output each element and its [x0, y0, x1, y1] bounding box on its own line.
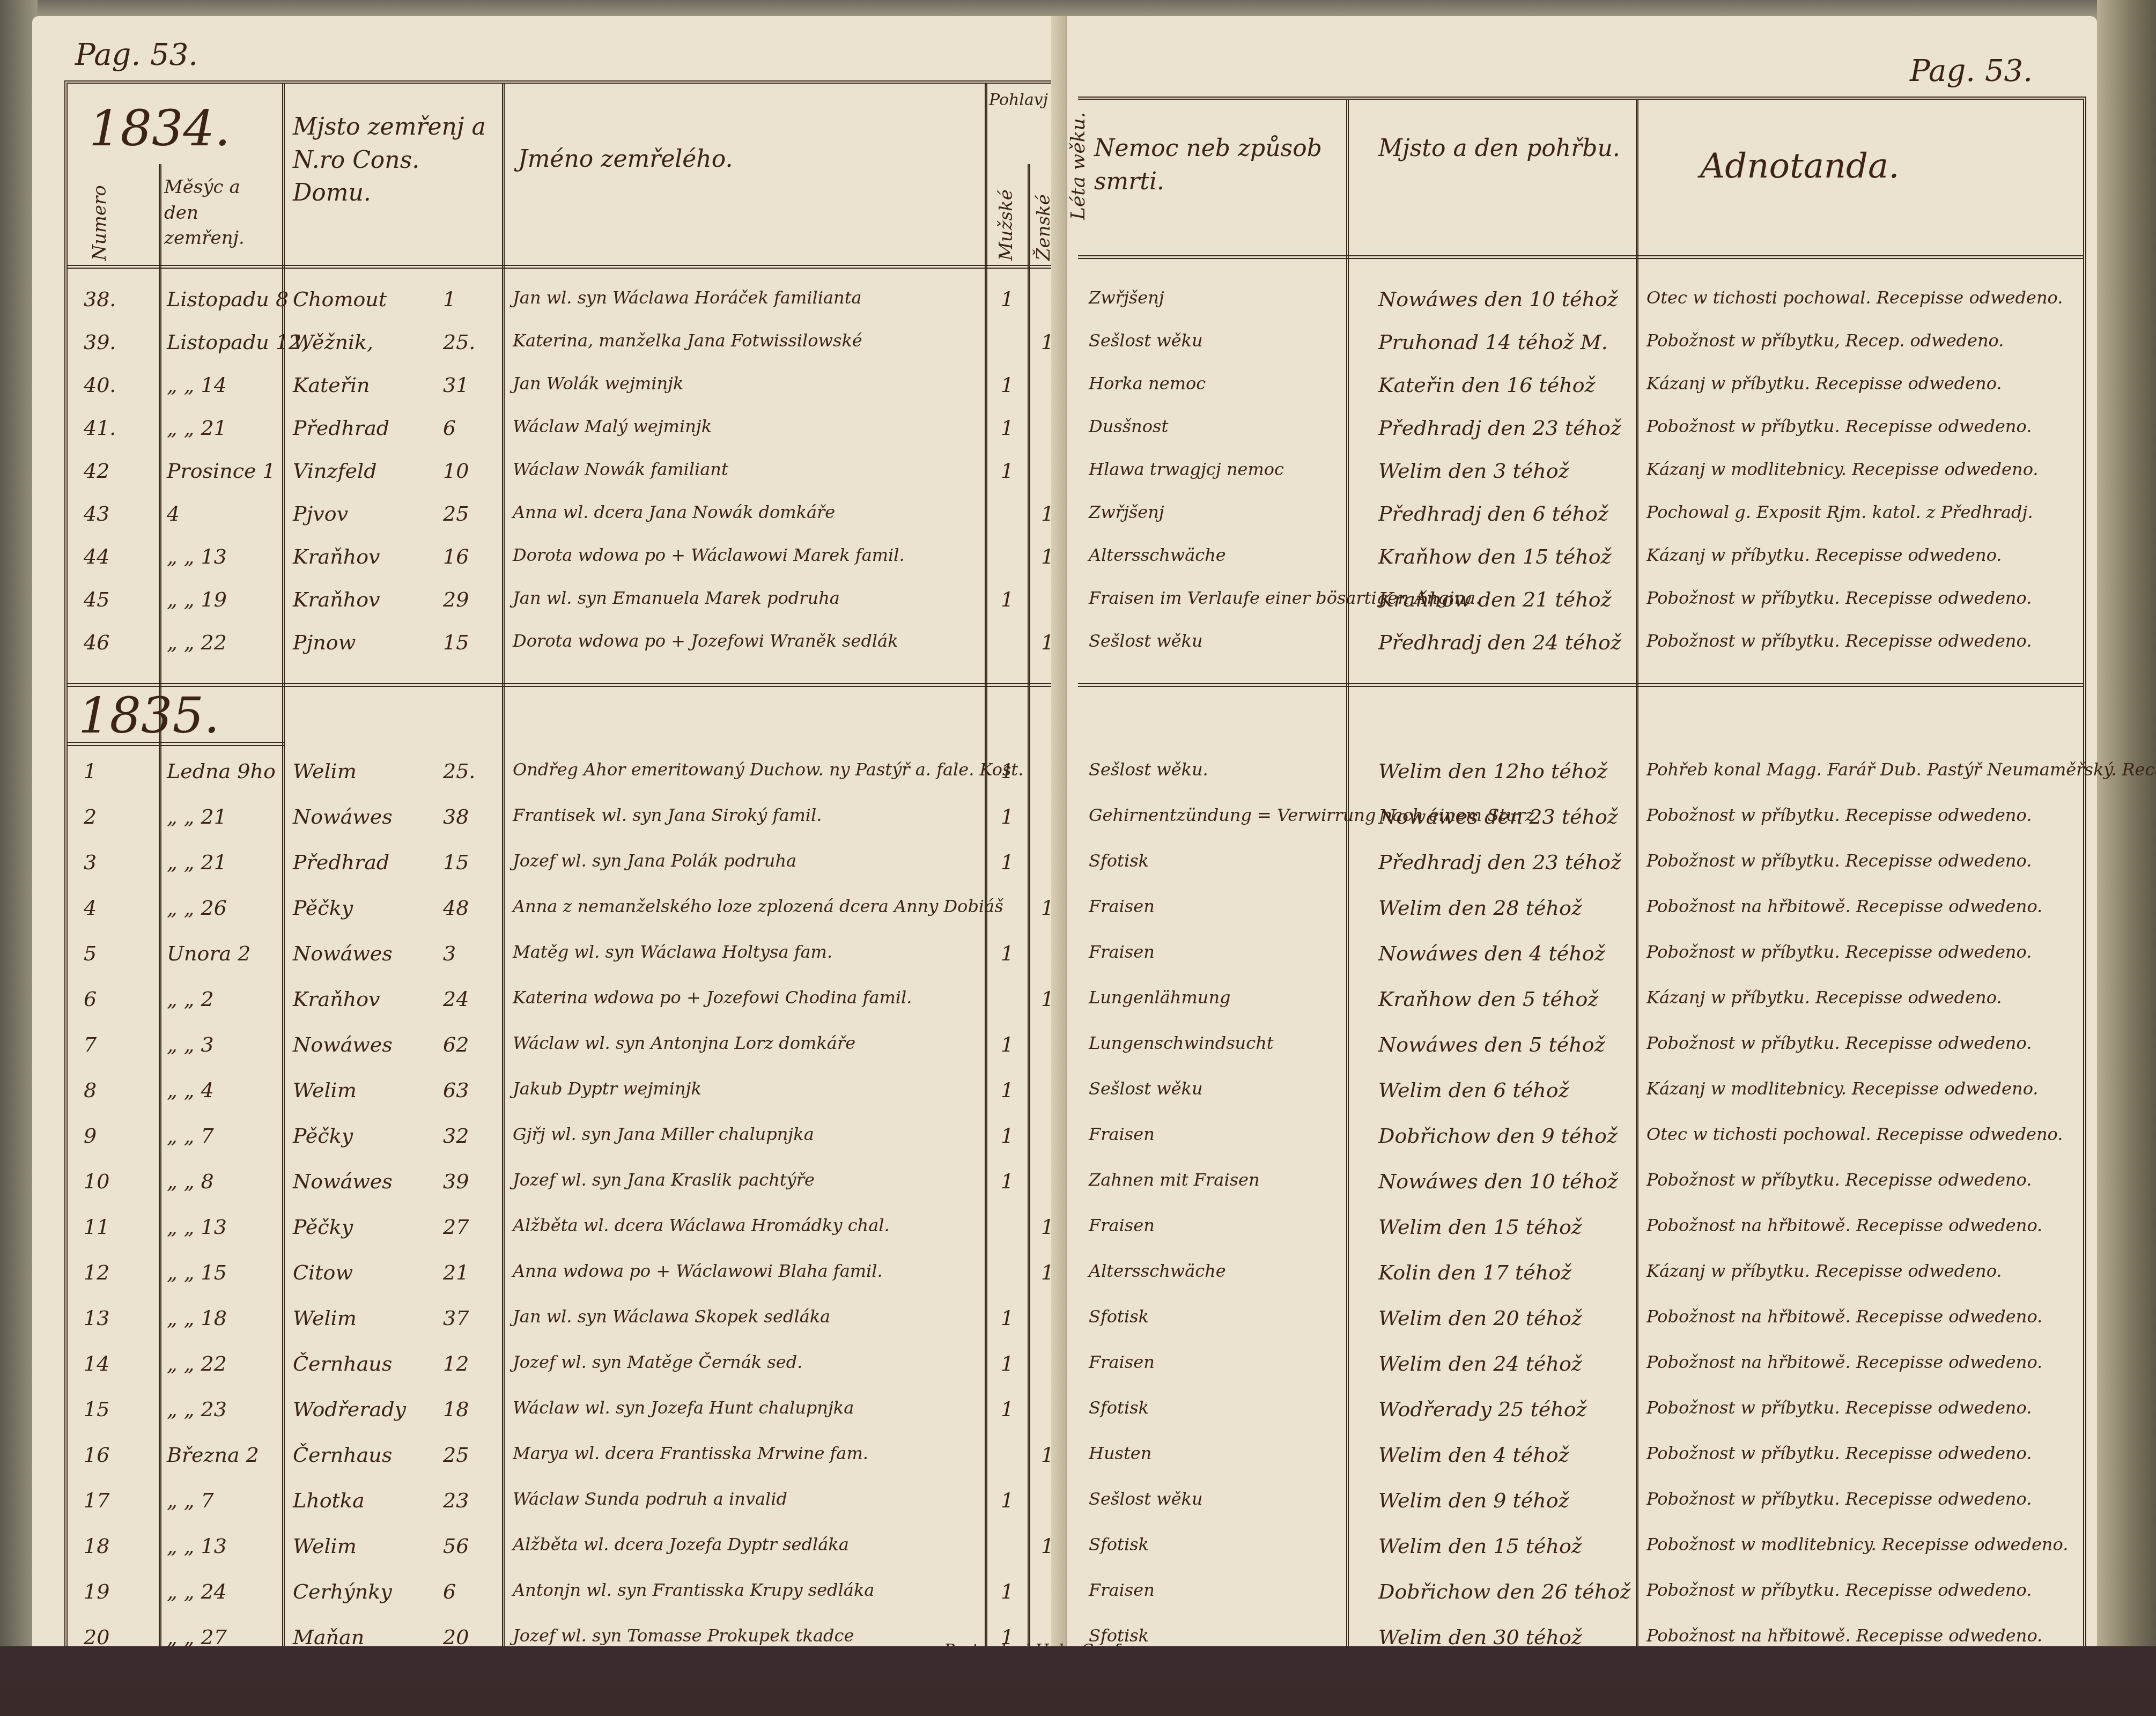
death-place: Citow — [293, 1261, 353, 1284]
deceased-name: Alžběta wl. dcera Jozefa Dyptr sedláka — [513, 1534, 849, 1555]
adnotanda-note: Pobožnost w příbytku. Recepisse odwedeno… — [1646, 1580, 2032, 1600]
col-divider — [1346, 100, 1349, 1665]
burial-place-date: Pruhonad 14 téhož M. — [1378, 330, 1608, 354]
sex-male-mark: 1 — [1001, 1124, 1014, 1148]
col-divider — [1636, 100, 1638, 1665]
death-place: Pjnow — [293, 631, 356, 654]
sex-male-mark: 1 — [1001, 416, 1014, 440]
adnotanda-note: Pobožnost w příbytku. Recepisse odwedeno… — [1646, 588, 2032, 608]
sex-male-mark: 1 — [1001, 805, 1014, 829]
deceased-name: Wáclaw wl. syn Jozefa Hunt chalupnjka — [513, 1397, 854, 1418]
burial-place-date: Dobřichow den 26 téhož — [1378, 1580, 1630, 1603]
header-rule — [1078, 255, 2083, 259]
death-date: Prosince 1 — [167, 459, 276, 483]
cause-of-death: Horka nemoc — [1089, 373, 1206, 394]
header-month-day: Měsýc a den zemřenj. — [164, 175, 277, 252]
death-place: Welim — [293, 1534, 357, 1558]
entry-number: 20 — [84, 1625, 109, 1649]
entry-number: 11 — [84, 1215, 109, 1239]
death-date: „ „ 18 — [167, 1306, 227, 1330]
death-date: „ „ 13 — [167, 1534, 227, 1558]
sex-male-mark: 1 — [1001, 1489, 1014, 1512]
sex-male-mark: 1 — [1001, 1306, 1014, 1330]
burial-place-date: Welim den 9 téhož — [1378, 1489, 1569, 1512]
deceased-name: Wáclaw Sunda podruh a invalid — [513, 1489, 787, 1509]
entry-number: 2 — [84, 805, 97, 829]
entry-number: 17 — [84, 1489, 109, 1512]
death-place: Vinzfeld — [293, 459, 376, 483]
burial-place-date: Welim den 28 téhož — [1378, 896, 1582, 920]
death-date: „ „ 13 — [167, 1215, 227, 1239]
house-number: 62 — [443, 1033, 469, 1056]
house-number: 25. — [443, 330, 475, 354]
adnotanda-note: Kázanj w modlitebnicy. Recepisse odweden… — [1646, 1078, 2039, 1099]
year-1835: 1835. — [78, 687, 219, 744]
book-right-edge — [2097, 0, 2156, 1684]
adnotanda-note: Otec w tichosti pochowal. Recepisse odwe… — [1646, 1124, 2063, 1144]
death-date: „ „ 21 — [167, 850, 227, 874]
death-date: „ „ 23 — [167, 1397, 227, 1421]
house-number: 21 — [443, 1261, 469, 1284]
house-number: 29 — [443, 588, 469, 611]
house-number: 25. — [443, 759, 475, 783]
deceased-name: Ondřeg Ahor emeritowaný Duchow. ny Pastý… — [513, 759, 1023, 780]
cause-of-death: Altersschwäche — [1089, 1261, 1226, 1281]
cause-of-death: Fraisen — [1089, 1352, 1155, 1372]
left-page-number: Pag. 53. — [75, 38, 198, 72]
house-number: 31 — [443, 373, 469, 397]
entry-number: 4 — [84, 896, 97, 920]
col-divider — [1028, 164, 1030, 1665]
deceased-name: Jan Wolák wejminjk — [513, 373, 683, 394]
death-place: Nowáwes — [293, 1033, 393, 1056]
death-place: Nowáwes — [293, 805, 393, 829]
deceased-name: Jan wl. syn Emanuela Marek podruha — [513, 588, 840, 608]
death-date: 4 — [167, 502, 180, 526]
entry-number: 3 — [84, 850, 97, 874]
death-place: Wěžnik, — [293, 330, 373, 354]
cause-of-death: Sfotisk — [1089, 850, 1149, 871]
death-date: Ledna 9ho — [167, 759, 276, 783]
house-number: 3 — [443, 942, 456, 965]
year-rule — [68, 683, 1067, 687]
cause-of-death: Fraisen — [1089, 896, 1155, 916]
cause-of-death: Zwřjšenj — [1089, 287, 1164, 308]
death-date: „ „ 7 — [167, 1124, 214, 1148]
left-page: Pag. 53. 1834. Numero Měsýc a den zemřen… — [32, 16, 1067, 1684]
house-number: 16 — [443, 545, 469, 568]
adnotanda-note: Kázanj w příbytku. Recepisse odwedeno. — [1646, 545, 2002, 565]
cause-of-death: Sešlost wěku. — [1089, 759, 1208, 780]
cause-of-death: Hlawa trwagjcj nemoc — [1089, 459, 1284, 479]
adnotanda-note: Otec w tichosti pochowal. Recepisse odwe… — [1646, 287, 2063, 308]
death-place: Welim — [293, 1306, 357, 1330]
deceased-name: Frantisek wl. syn Jana Siroký famil. — [513, 805, 822, 825]
cause-of-death: Sešlost wěku — [1089, 330, 1203, 351]
house-number: 15 — [443, 850, 469, 874]
burial-place-date: Welim den 4 téhož — [1378, 1443, 1569, 1467]
house-number: 38 — [443, 805, 469, 829]
death-place: Předhrad — [293, 416, 389, 440]
house-number: 18 — [443, 1397, 469, 1421]
entry-number: 16 — [84, 1443, 109, 1467]
cause-of-death: Fraisen — [1089, 1124, 1155, 1144]
deceased-name: Jozef wl. syn Jana Kraslik pachtýře — [513, 1170, 815, 1190]
col-divider — [502, 84, 505, 1665]
death-date: Března 2 — [167, 1443, 259, 1467]
house-number: 27 — [443, 1215, 469, 1239]
death-place: Předhrad — [293, 850, 389, 874]
sex-male-mark: 1 — [1001, 1170, 1014, 1193]
burial-place-date: Kraňhow den 5 téhož — [1378, 987, 1598, 1011]
entry-number: 14 — [84, 1352, 109, 1375]
death-place: Pěčky — [293, 1124, 353, 1148]
death-date: Unora 2 — [167, 942, 250, 965]
header-sex: Pohlavj — [989, 89, 1048, 112]
death-place: Černhaus — [293, 1352, 392, 1375]
sex-male-mark: 1 — [1001, 1580, 1014, 1603]
header-name: Jméno zemřelého. — [518, 143, 733, 176]
house-number: 10 — [443, 459, 469, 483]
deceased-name: Jozef wl. syn Tomasse Prokupek tkadce — [513, 1625, 854, 1646]
burial-place-date: Předhradj den 24 téhož — [1378, 631, 1621, 654]
sex-male-mark: 1 — [1001, 588, 1014, 611]
entry-number: 43 — [84, 502, 109, 526]
house-number: 37 — [443, 1306, 469, 1330]
death-date: „ „ 4 — [167, 1078, 214, 1102]
sex-male-mark: 1 — [1001, 1397, 1014, 1421]
burial-place-date: Wodřerady 25 téhož — [1378, 1397, 1587, 1421]
house-number: 6 — [443, 1580, 456, 1603]
sex-male-mark: 1 — [1001, 1078, 1014, 1102]
house-number: 6 — [443, 416, 456, 440]
death-place: Černhaus — [293, 1443, 392, 1467]
header-notes: Adnotanda. — [1700, 143, 1900, 191]
death-date: „ „ 2 — [167, 987, 214, 1011]
death-date: „ „ 8 — [167, 1170, 214, 1193]
death-place: Kateřin — [293, 373, 370, 397]
deceased-name: Matěg wl. syn Wáclawa Holtysa fam. — [513, 942, 832, 962]
death-place: Pěčky — [293, 896, 353, 920]
burial-place-date: Nowáwes den 23 téhož — [1378, 805, 1618, 829]
death-place: Kraňhov — [293, 987, 380, 1011]
death-place: Lhotka — [293, 1489, 365, 1512]
entry-number: 9 — [84, 1124, 97, 1148]
col-divider — [159, 164, 161, 1665]
house-number: 24 — [443, 987, 469, 1011]
death-date: „ „ 7 — [167, 1489, 214, 1512]
burial-place-date: Dobřichow den 9 téhož — [1378, 1124, 1618, 1148]
house-number: 1 — [443, 287, 456, 311]
entry-number: 13 — [84, 1306, 109, 1330]
header-place-house: Mjsto zemřenj a N.ro Cons. Domu. — [293, 110, 497, 210]
death-place: Kraňhov — [293, 588, 380, 611]
burial-place-date: Nowáwes den 10 téhož — [1378, 287, 1618, 311]
entry-number: 45 — [84, 588, 109, 611]
death-place: Welim — [293, 1078, 357, 1102]
burial-place-date: Welim den 6 téhož — [1378, 1078, 1569, 1102]
adnotanda-note: Pobožnost w příbytku. Recepisse odwedeno… — [1646, 942, 2032, 962]
entry-number: 42 — [84, 459, 109, 483]
cause-of-death: Altersschwäche — [1089, 545, 1226, 565]
adnotanda-note: Pobožnost na hřbitowě. Recepisse odweden… — [1646, 1625, 2042, 1646]
adnotanda-note: Pochowal g. Exposit Rjm. katol. z Předhr… — [1646, 502, 2033, 522]
right-page: Pag. 53. Léta wěku. Nemoc neb způsob smr… — [1067, 16, 2097, 1684]
burial-place-date: Welim den 20 téhož — [1378, 1306, 1582, 1330]
house-number: 12 — [443, 1352, 469, 1375]
house-number: 15 — [443, 631, 469, 654]
deceased-name: Anna wdowa po + Wáclawowi Blaha famil. — [513, 1261, 883, 1281]
death-date: „ „ 14 — [167, 373, 227, 397]
entry-number: 41. — [84, 416, 116, 440]
adnotanda-note: Pobožnost w příbytku. Recepisse odwedeno… — [1646, 1170, 2032, 1190]
cause-of-death: Sešlost wěku — [1089, 631, 1203, 651]
adnotanda-note: Pobožnost na hřbitowě. Recepisse odweden… — [1646, 1306, 2042, 1327]
sex-male-mark: 1 — [1001, 1033, 1014, 1056]
adnotanda-note: Kázanj w modlitebnicy. Recepisse odweden… — [1646, 459, 2039, 479]
adnotanda-note: Pobožnost w příbytku. Recepisse odwedeno… — [1646, 1489, 2032, 1509]
death-place: Kraňhov — [293, 545, 380, 568]
deceased-name: Gjřj wl. syn Jana Miller chalupnjka — [513, 1124, 814, 1144]
left-table-frame: 1834. Numero Měsýc a den zemřenj. Mjsto … — [64, 80, 1067, 1668]
death-date: „ „ 19 — [167, 588, 227, 611]
death-date: „ „ 3 — [167, 1033, 214, 1056]
cause-of-death: Lungenschwindsucht — [1089, 1033, 1274, 1053]
deceased-name: Jozef wl. syn Jana Polák podruha — [513, 850, 796, 871]
cause-of-death: Zahnen mit Fraisen — [1089, 1170, 1260, 1190]
death-date: „ „ 13 — [167, 545, 227, 568]
cause-of-death: Sfotisk — [1089, 1397, 1149, 1418]
deceased-name: Jakub Dyptr wejminjk — [513, 1078, 702, 1099]
entry-number: 19 — [84, 1580, 109, 1603]
deceased-name: Katerina wdowa po + Jozefowi Chodina fam… — [513, 987, 912, 1008]
cause-of-death: Sešlost wěku — [1089, 1489, 1203, 1509]
death-date: „ „ 15 — [167, 1261, 227, 1284]
deceased-name: Marya wl. dcera Frantisska Mrwine fam. — [513, 1443, 868, 1463]
entry-number: 40. — [84, 373, 116, 397]
burial-place-date: Welim den 30 téhož — [1378, 1625, 1582, 1649]
adnotanda-note: Pobožnost w příbytku. Recepisse odwedeno… — [1646, 805, 2032, 825]
col-divider — [282, 84, 285, 1665]
table-surface — [0, 1646, 2156, 1684]
entry-number: 18 — [84, 1534, 109, 1558]
deceased-name: Anna wl. dcera Jana Nowák domkáře — [513, 502, 835, 522]
entry-number: 44 — [84, 545, 109, 568]
house-number: 48 — [443, 896, 469, 920]
deceased-name: Katerina, manželka Jana Fotwissilowské — [513, 330, 862, 351]
deceased-name: Wáclaw wl. syn Antonjna Lorz domkáře — [513, 1033, 855, 1053]
adnotanda-note: Pobožnost w modlitebnicy. Recepisse odwe… — [1646, 1534, 2068, 1555]
col-divider — [985, 84, 987, 1665]
burial-place-date: Welim den 15 téhož — [1378, 1534, 1582, 1558]
entry-number: 46 — [84, 631, 109, 654]
death-place: Chomout — [293, 287, 387, 311]
death-place: Nowáwes — [293, 942, 393, 965]
death-date: „ „ 26 — [167, 896, 227, 920]
cause-of-death: Sfotisk — [1089, 1534, 1149, 1555]
entry-number: 38. — [84, 287, 116, 311]
adnotanda-note: Pobožnost w příbytku. Recepisse odwedeno… — [1646, 1033, 2032, 1053]
adnotanda-note: Kázanj w příbytku. Recepisse odwedeno. — [1646, 373, 2002, 394]
burial-place-date: Nowáwes den 5 téhož — [1378, 1033, 1605, 1056]
deceased-name: Jan wl. syn Wáclawa Skopek sedláka — [513, 1306, 830, 1327]
death-date: Listopadu 12, — [167, 330, 308, 354]
cause-of-death: Sfotisk — [1089, 1306, 1149, 1327]
sex-male-mark: 1 — [1001, 942, 1014, 965]
burial-place-date: Kraňhow den 21 téhož — [1378, 588, 1612, 611]
house-number: 32 — [443, 1124, 469, 1148]
adnotanda-note: Pobožnost na hřbitowě. Recepisse odweden… — [1646, 1352, 2042, 1372]
adnotanda-note: Pobožnost w příbytku. Recepisse odwedeno… — [1646, 1397, 2032, 1418]
house-number: 63 — [443, 1078, 469, 1102]
entry-number: 1 — [84, 759, 97, 783]
death-place: Pjvov — [293, 502, 348, 526]
house-number: 25 — [443, 1443, 469, 1467]
death-date: „ „ 22 — [167, 631, 227, 654]
cause-of-death: Lungenlähmung — [1089, 987, 1230, 1008]
cause-of-death: Fraisen — [1089, 1580, 1155, 1600]
burial-place-date: Nowáwes den 4 téhož — [1378, 942, 1605, 965]
header-rule — [68, 265, 1067, 269]
entry-number: 6 — [84, 987, 97, 1011]
sex-male-mark: 1 — [1001, 459, 1014, 483]
header-number: Numero — [89, 169, 110, 261]
house-number: 39 — [443, 1170, 469, 1193]
adnotanda-note: Kázanj w příbytku. Recepisse odwedeno. — [1646, 1261, 2002, 1281]
adnotanda-note: Pohřeb konal Magg. Farář Dub. Pastýř Neu… — [1646, 759, 2156, 780]
year-1834: 1834. — [89, 100, 230, 157]
sex-male-mark: 1 — [1001, 287, 1014, 311]
sex-male-mark: 1 — [1001, 373, 1014, 397]
entry-number: 10 — [84, 1170, 109, 1193]
death-date: Listopadu 8 — [167, 287, 289, 311]
burial-place-date: Předhradj den 23 téhož — [1378, 416, 1621, 440]
entry-number: 39. — [84, 330, 116, 354]
house-number: 23 — [443, 1489, 469, 1512]
adnotanda-note: Pobožnost w příbytku. Recepisse odwedeno… — [1646, 416, 2032, 437]
deceased-name: Jan wl. syn Wáclawa Horáček familianta — [513, 287, 862, 308]
deceased-name: Wáclaw Nowák familiant — [513, 459, 728, 479]
burial-place-date: Kolin den 17 téhož — [1378, 1261, 1571, 1284]
cause-of-death: Fraisen — [1089, 1215, 1155, 1236]
entry-number: 7 — [84, 1033, 97, 1056]
deceased-name: Jozef wl. syn Matěge Černák sed. — [513, 1352, 802, 1372]
entry-number: 8 — [84, 1078, 97, 1102]
entry-number: 5 — [84, 942, 97, 965]
burial-place-date: Welim den 3 téhož — [1378, 459, 1569, 483]
header-burial: Mjsto a den pohřbu. — [1378, 132, 1625, 165]
burial-place-date: Nowáwes den 10 téhož — [1378, 1170, 1618, 1193]
header-sex-male: Mužské — [995, 169, 1017, 261]
death-place: Nowáwes — [293, 1170, 393, 1193]
death-place: Cerhýnky — [293, 1580, 392, 1603]
sex-male-mark: 1 — [1001, 1352, 1014, 1375]
death-place: Wodřerady — [293, 1397, 406, 1421]
deceased-name: Dorota wdowa po + Wáclawowi Marek famil. — [513, 545, 905, 565]
sex-male-mark: 1 — [1001, 850, 1014, 874]
cause-of-death: Sešlost wěku — [1089, 1078, 1203, 1099]
adnotanda-note: Kázanj w příbytku. Recepisse odwedeno. — [1646, 987, 2002, 1008]
adnotanda-note: Pobožnost na hřbitowě. Recepisse odweden… — [1646, 1215, 2042, 1236]
death-date: „ „ 22 — [167, 1352, 227, 1375]
year-rule — [1078, 683, 2083, 687]
burial-place-date: Kateřin den 16 téhož — [1378, 373, 1596, 397]
right-page-number: Pag. 53. — [1910, 54, 2033, 88]
cause-of-death: Dusšnost — [1089, 416, 1168, 437]
deceased-name: Alžběta wl. dcera Wáclawa Hromádky chal. — [513, 1215, 890, 1236]
deceased-name: Wáclaw Malý wejminjk — [513, 416, 712, 437]
right-table-frame: Nemoc neb způsob smrti. Mjsto a den pohř… — [1078, 97, 2086, 1668]
book-spread: Pag. 53. 1834. Numero Měsýc a den zemřen… — [0, 0, 2156, 1684]
cause-of-death: Zwřjšenj — [1089, 502, 1164, 522]
deceased-name: Antonjn wl. syn Frantisska Krupy sedláka — [513, 1580, 874, 1600]
burial-place-date: Předhradj den 23 téhož — [1378, 850, 1621, 874]
death-date: „ „ 21 — [167, 805, 227, 829]
house-number: 56 — [443, 1534, 469, 1558]
entry-number: 12 — [84, 1261, 109, 1284]
death-date: „ „ 24 — [167, 1580, 227, 1603]
burial-place-date: Welim den 15 téhož — [1378, 1215, 1582, 1239]
adnotanda-note: Pobožnost w příbytku. Recepisse odwedeno… — [1646, 631, 2032, 651]
burial-place-date: Welim den 12ho téhož — [1378, 759, 1607, 783]
death-place: Pěčky — [293, 1215, 353, 1239]
adnotanda-note: Pobožnost na hřbitowě. Recepisse odweden… — [1646, 896, 2042, 916]
adnotanda-note: Pobožnost w příbytku. Recepisse odwedeno… — [1646, 850, 2032, 871]
header-cause: Nemoc neb způsob smrti. — [1094, 132, 1341, 198]
sex-male-mark: 1 — [1001, 759, 1014, 783]
house-number: 25 — [443, 502, 469, 526]
burial-place-date: Kraňhow den 15 téhož — [1378, 545, 1612, 568]
entry-number: 15 — [84, 1397, 109, 1421]
adnotanda-note: Pobožnost w příbytku. Recepisse odwedeno… — [1646, 1443, 2032, 1463]
deceased-name: Dorota wdowa po + Jozefowi Wraněk sedlák — [513, 631, 898, 651]
cause-of-death: Fraisen — [1089, 942, 1155, 962]
adnotanda-note: Pobožnost w příbytku, Recep. odwedeno. — [1646, 330, 2004, 351]
death-date: „ „ 21 — [167, 416, 227, 440]
death-place: Welim — [293, 759, 357, 783]
burial-place-date: Welim den 24 téhož — [1378, 1352, 1582, 1375]
cause-of-death: Husten — [1089, 1443, 1151, 1463]
deceased-name: Anna z nemanželského loze zplozená dcera… — [513, 896, 1003, 916]
burial-place-date: Předhradj den 6 téhož — [1378, 502, 1608, 526]
